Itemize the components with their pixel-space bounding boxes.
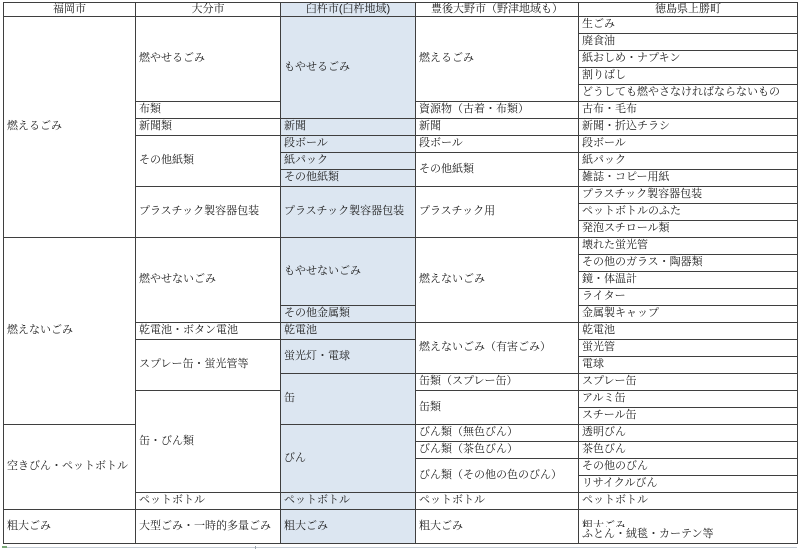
table-cell: 段ボール <box>281 136 416 153</box>
table-cell: 燃やせないごみ <box>136 238 281 323</box>
table-cell: 燃えるごみ <box>416 17 579 102</box>
table-cell: 廃食油 <box>579 34 798 51</box>
table-cell: 燃えないごみ（有害ごみ） <box>416 323 579 374</box>
table-cell: ペットボトルのふた <box>579 204 798 221</box>
cutoff-row-border <box>3 547 797 548</box>
table-cell: ふとん・絨毯・カーテン等 <box>579 527 798 544</box>
table-cell: 燃えないごみ <box>4 238 136 425</box>
table-cell: 発泡スチロール類 <box>579 221 798 238</box>
table-cell: プラスチック製容器包装 <box>281 187 416 238</box>
waste-sorting-table: 福岡市 大分市 臼杵市(臼杵地域) 豊後大野市（野津地域も） 徳島県上勝町 燃え… <box>3 2 798 544</box>
header-cell-usuki: 臼杵市(臼杵地域) <box>281 3 416 17</box>
table-cell: ペットボトル <box>136 493 281 510</box>
header-cell-oita: 大分市 <box>136 3 281 17</box>
header-cell-kamikatsu: 徳島県上勝町 <box>579 3 798 17</box>
table-cell: 缶・びん類 <box>136 391 281 493</box>
table-cell: 紙パック <box>281 153 416 170</box>
spreadsheet-view: 福岡市 大分市 臼杵市(臼杵地域) 豊後大野市（野津地域も） 徳島県上勝町 燃え… <box>0 0 800 549</box>
table-cell: 布類 <box>136 102 281 119</box>
table-cell: リサイクルびん <box>579 476 798 493</box>
table-cell: 透明びん <box>579 425 798 442</box>
table-cell: プラスチック製容器包装 <box>136 187 281 238</box>
table-cell: ペットボトル <box>281 493 416 510</box>
table-cell: びん <box>281 425 416 493</box>
table-cell: 缶 <box>281 374 416 425</box>
table-cell: その他紙類 <box>136 136 281 187</box>
table-cell: どうしても燃やさなければならないもの <box>579 85 798 102</box>
table-cell: プラスチック用 <box>416 187 579 238</box>
table-cell: 紙パック <box>579 153 798 170</box>
table-cell: その他紙類 <box>281 170 416 187</box>
table-cell: 蛍光灯・電球 <box>281 340 416 374</box>
table-cell: その他紙類 <box>416 153 579 187</box>
table-cell: 鏡・体温計 <box>579 272 798 289</box>
table-cell: スチール缶 <box>579 408 798 425</box>
table-cell: 割りばし <box>579 68 798 85</box>
table-cell: ライター <box>579 289 798 306</box>
table-cell: びん類（茶色びん） <box>416 442 579 459</box>
table-cell: 新聞 <box>416 119 579 136</box>
table-cell: 粗大ごみ <box>416 510 579 544</box>
table-cell: びん類（その他の色のびん） <box>416 459 579 493</box>
table-cell: その他金属類 <box>281 306 416 323</box>
table-cell: 茶色びん <box>579 442 798 459</box>
header-cell-fukuoka: 福岡市 <box>4 3 136 17</box>
table-cell: 古布・毛布 <box>579 102 798 119</box>
table-cell: 空きびん・ペットボトル <box>4 425 136 510</box>
table-cell: 電球 <box>579 357 798 374</box>
table-cell: 粗大ごみ <box>4 510 136 544</box>
table-cell: もやせるごみ <box>281 17 416 119</box>
table-cell: 新聞 <box>281 119 416 136</box>
table-cell: 新聞類 <box>136 119 281 136</box>
table-cell: 金属製キャップ <box>579 306 798 323</box>
table-cell: 燃えないごみ <box>416 238 579 323</box>
table-cell: 大型ごみ・一時的多量ごみ <box>136 510 281 544</box>
table-cell: 乾電池 <box>579 323 798 340</box>
table-cell: びん類（無色びん） <box>416 425 579 442</box>
table-cell: スプレー缶 <box>579 374 798 391</box>
table-cell: 段ボール <box>579 136 798 153</box>
table-cell: 紙おしめ・ナプキン <box>579 51 798 68</box>
table-cell: 乾電池・ボタン電池 <box>136 323 281 340</box>
table-cell: もやせないごみ <box>281 238 416 306</box>
table-cell: 段ボール <box>416 136 579 153</box>
table-cell: 雑誌・コピー用紙 <box>579 170 798 187</box>
table-cell: 乾電池 <box>281 323 416 340</box>
table-cell: アルミ缶 <box>579 391 798 408</box>
table-cell: 缶類（スプレー缶） <box>416 374 579 391</box>
table-cell: 新聞・折込チラシ <box>579 119 798 136</box>
table-cell: 燃やせるごみ <box>136 17 281 102</box>
table-cell: 生ごみ <box>579 17 798 34</box>
table-cell: 壊れた蛍光管 <box>579 238 798 255</box>
table-cell: 粗大ごみ <box>281 510 416 544</box>
table-cell: 蛍光管 <box>579 340 798 357</box>
table-cell: その他のびん <box>579 459 798 476</box>
table-cell: スプレー缶・蛍光管等 <box>136 340 281 391</box>
table-cell: プラスチック製容器包装 <box>579 187 798 204</box>
table-cell: 燃えるごみ <box>4 17 136 238</box>
table-cell: ペットボトル <box>579 493 798 510</box>
table-cell: 缶類 <box>416 391 579 425</box>
table-cell: その他のガラス・陶器類 <box>579 255 798 272</box>
table-cell: 資源物（古着・布類） <box>416 102 579 119</box>
selection-corner-artifact <box>2 546 7 548</box>
table-cell: ペットボトル <box>416 493 579 510</box>
header-cell-bungoono: 豊後大野市（野津地域も） <box>416 3 579 17</box>
